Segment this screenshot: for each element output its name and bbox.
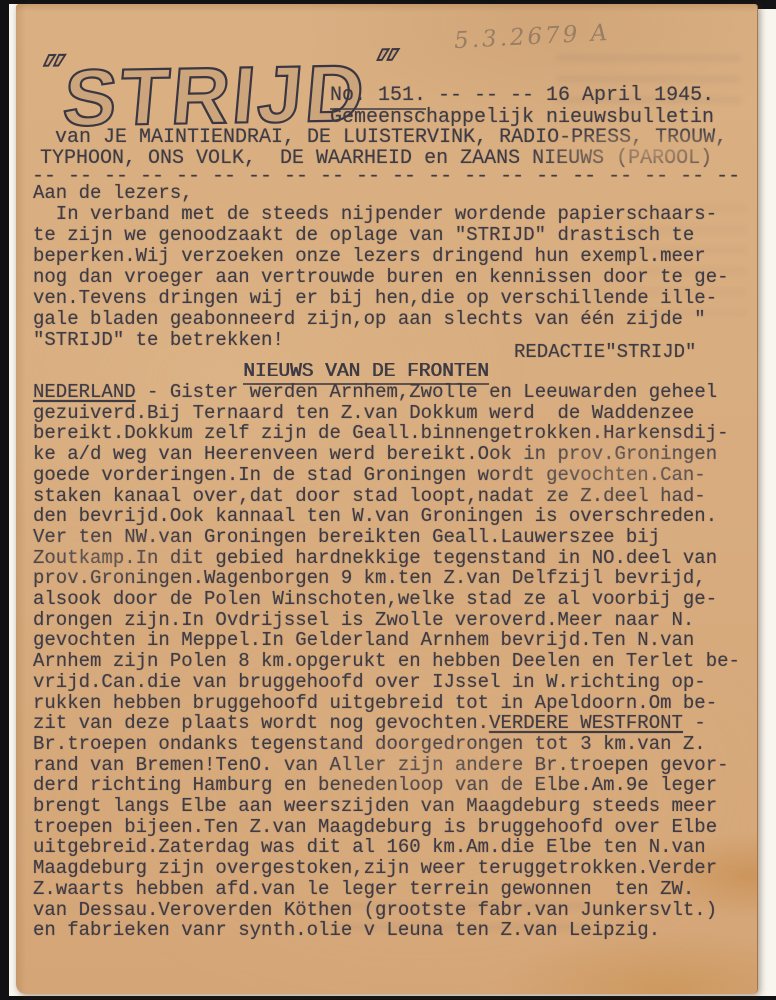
news-line: rukken hebben bruggehoofd uitgebreid tot…: [33, 693, 740, 714]
news-line: gezuiverd.Bij Ternaard ten Z.van Dokkum …: [33, 403, 740, 424]
front-news-body: NEDERLAND - Gister werden Arnhem,Zwolle …: [33, 382, 740, 941]
news-line: Zoutkamp.In dit gebied hardnekkige tegen…: [33, 548, 740, 569]
news-line: prov.Groningen.Wagenborgen 9 km.ten Z.va…: [33, 568, 740, 589]
member-papers-line-1: van JE MAINTIENDRAI, DE LUISTERVINK, RAD…: [55, 127, 727, 148]
news-line: derd richting Hamburg en benedenloop van…: [33, 775, 740, 796]
notice-to-readers: Aan de lezers, In verband met de steeds …: [33, 183, 729, 351]
notice-line: In verband met de steeds nijpender worde…: [33, 204, 729, 225]
open-quote-mark: ″: [34, 49, 68, 92]
news-line: brengt langs Elbe aan weerszijden van Ma…: [33, 796, 740, 817]
news-line: Z.waarts hebben afd.van le leger terrein…: [33, 879, 740, 900]
news-line: vrijd.Can.die van bruggehoofd over IJsse…: [33, 672, 740, 693]
news-line: Ver ten NW.van Groningen bereikten Geall…: [33, 527, 740, 548]
news-line: ke a/d weg van Heerenveen werd bereikt.O…: [33, 444, 740, 465]
editorial-signature: REDACTIE"STRIJD": [514, 341, 696, 363]
news-line: uitgebreid.Zaterdag was dit al 160 km.Am…: [33, 837, 740, 858]
news-line: den bevrijd.Ook kannaal ten W.van Gronin…: [33, 506, 740, 527]
notice-line: gale bladen geabonneerd zijn,op aan slec…: [33, 309, 729, 330]
news-line: alsook door de Polen Winschoten,welke st…: [33, 589, 740, 610]
issue-dashes: -- -- --: [426, 84, 546, 107]
news-line: goede vorderingen.In de stad Groningen w…: [33, 465, 740, 486]
masthead-subtitle: Gemeenschappelijk nieuwsbulletin: [330, 107, 714, 128]
news-line: gevochten in Meppel.In Gelderland Arnhem…: [33, 630, 740, 651]
notice-line: Aan de lezers,: [33, 183, 729, 204]
pencil-archive-number: 5.3.2679 A: [453, 20, 610, 54]
news-line: NEDERLAND - Gister werden Arnhem,Zwolle …: [33, 382, 740, 403]
close-quote-mark: ″: [367, 43, 401, 86]
issue-date: 16 April 1945.: [546, 84, 714, 107]
news-line: Arnhem zijn Polen 8 km.opgerukt en hebbe…: [33, 651, 740, 672]
news-line: drongen zijn.In Ovdrijssel is Zwolle ver…: [33, 610, 740, 631]
news-line: Maagdeburg zijn overgestoken,zijn weer t…: [33, 858, 740, 879]
issue-line: No. 151. -- -- -- 16 April 1945.: [330, 85, 714, 106]
news-line: rand van Bremen!TenO. van Aller zijn and…: [33, 755, 740, 776]
news-line: van Dessau.Veroverden Köthen (grootste f…: [33, 900, 740, 921]
notice-line: beperken.Wij verzoeken onze lezers dring…: [33, 246, 729, 267]
notice-line: ven.Tevens dringen wij er bij hen,die op…: [33, 288, 729, 309]
news-line: Br.troepen ondanks tegenstand doorgedron…: [33, 734, 740, 755]
scanner-corner-mark: [755, 0, 776, 9]
news-line: en fabrieken vanr synth.olie v Leuna ten…: [33, 920, 740, 941]
news-line: troepen bijeen.Ten Z.van Maagdeburg is b…: [33, 817, 740, 838]
news-line: staken kanaal over,dat door stad loopt,n…: [33, 486, 740, 507]
westfront-label: VERDERE WESTFRONT: [489, 712, 683, 734]
news-line: zit van deze plaats wordt nog gevochten.…: [33, 713, 740, 734]
notice-line: te zijn we genoodzaakt de oplage van "ST…: [33, 225, 729, 246]
news-line: bereikt.Dokkum zelf zijn de Geall.binnen…: [33, 423, 740, 444]
newsletter-page: 5.3.2679 A ″STRIJD″ No. 151. -- -- -- 16…: [16, 4, 758, 994]
nederland-label: NEDERLAND: [33, 381, 136, 403]
notice-line: nog dan vroeger aan vertrouwde buren en …: [33, 267, 729, 288]
